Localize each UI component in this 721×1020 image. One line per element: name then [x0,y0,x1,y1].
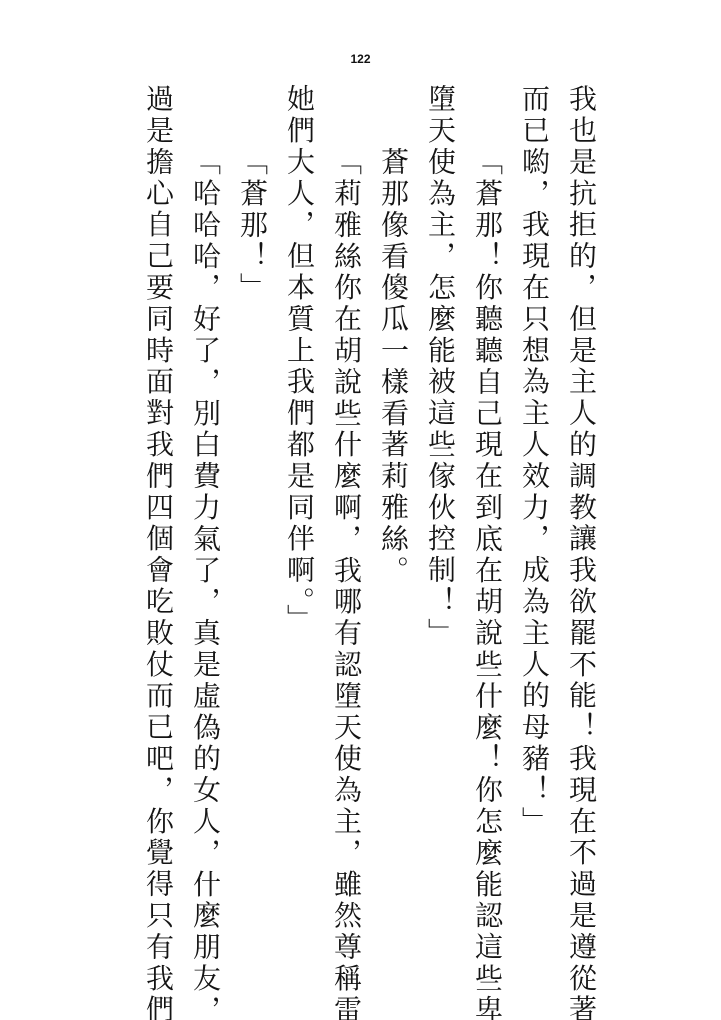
text-line-8: 「蒼那！」 [229,84,276,944]
page-number: 122 [0,52,721,66]
text-line-10: 過是擔心自己要同時面對我們四個會吃敗仗而已吧，你覺得只有我們三個 [135,84,182,944]
text-line-6: 「莉雅絲你在胡說些什麼啊，我哪有認墮天使為主，雖然尊稱雷娜蕾 [323,84,370,944]
text-line-9: 「哈哈哈，好了，別白費力氣了，真是虛偽的女人，什麼朋友，你不 [182,84,229,944]
text-line-1: 我也是抗拒的，但是主人的調教讓我欲罷不能！我現在不過是遵從著本能 [558,84,605,944]
text-line-5: 蒼那像看傻瓜一樣看著莉雅絲。 [370,84,417,944]
vertical-text-body: 我也是抗拒的，但是主人的調教讓我欲罷不能！我現在不過是遵從著本能 而已喲，我現在… [135,84,605,944]
text-line-4: 墮天使為主，怎麼能被這些傢伙控制！」 [417,84,464,944]
text-line-7: 她們大人，但本質上我們都是同伴啊。」 [276,84,323,944]
text-line-2: 而已喲，我現在只想為主人效力，成為主人的母豬！」 [511,84,558,944]
text-line-3: 「蒼那！你聽聽自己現在到底在胡說些什麼！你怎麼能認這些卑劣的 [464,84,511,944]
